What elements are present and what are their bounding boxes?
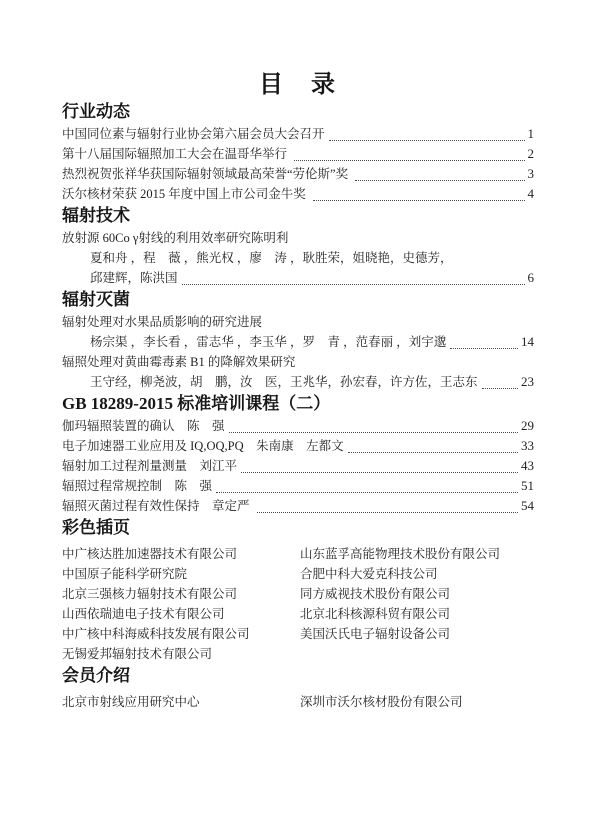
toc-entry: 沃尔核材荣获 2015 年度中国上市公司金牛奖 4 xyxy=(62,184,534,204)
toc-entry: 中国同位素与辐射行业协会第六届会员大会召开 1 xyxy=(62,124,534,144)
member-name: 深圳市沃尔核材股份有限公司 xyxy=(300,692,534,712)
company-name: 中广核中科海威科技发展有限公司 xyxy=(62,624,300,644)
entry-page-number: 3 xyxy=(528,164,535,184)
company-name: 北京北科核源科贸有限公司 xyxy=(300,604,534,624)
entry-title: 伽玛辐照装置的确认 陈 强 xyxy=(62,416,225,436)
page-title: 目 录 xyxy=(62,70,534,100)
toc-entry: 辐照灭菌过程有效性保持 章定严 54 xyxy=(62,496,534,516)
toc-entry: 王守经，柳尧波，胡 鹏，汝 医，王兆华，孙宏春，许方佐，王志东 23 xyxy=(62,372,534,392)
dot-leader xyxy=(182,268,525,285)
sterilization-entries: 辐射处理对水果品质影响的研究进展 杨宗渠 ，李长看 ，雷志华 ，李玉华 ，罗 青… xyxy=(62,312,534,392)
section-radiation-technology: 辐射技术 放射源 60Co γ射线的利用效率研究陈明利 夏和舟 ，程 薇 ，熊光… xyxy=(62,204,534,288)
entry-title: 热烈祝贺张祥华获国际辐射领域最高荣誉“劳伦斯”奖 xyxy=(62,164,351,184)
dot-leader xyxy=(355,164,524,181)
company-name: 无锡爱邦辐射技术有限公司 xyxy=(62,644,300,664)
author-line: 杨宗渠 ，李长看 ，雷志华 ，李玉华 ，罗 青 ，范春丽 ，刘宇邈 xyxy=(62,332,446,352)
entry-title: 辐照过程常规控制 陈 强 xyxy=(62,476,212,496)
author-line: 邱建辉，陈洪国 xyxy=(62,268,178,288)
entry-title: 辐射加工过程剂量测量 刘江平 xyxy=(62,456,237,476)
technology-entries: 放射源 60Co γ射线的利用效率研究陈明利 夏和舟 ，程 薇 ，熊光权 ，廖 … xyxy=(62,228,534,288)
company-name: 山西依瑞迪电子技术有限公司 xyxy=(62,604,300,624)
author-line: 夏和舟 ，程 薇 ，熊光权 ，廖 涛 ，耿胜荣，姐晓艳，史德芳， xyxy=(62,248,534,268)
entry-page-number: 54 xyxy=(521,496,534,516)
entry-page-number: 23 xyxy=(521,372,534,392)
company-name: 中广核达胜加速器技术有限公司 xyxy=(62,544,300,564)
company-name: 山东蓝孚高能物理技术股份有限公司 xyxy=(300,544,534,564)
toc-page: 目 录 行业动态 中国同位素与辐射行业协会第六届会员大会召开 1 第十八届国际辐… xyxy=(0,0,600,829)
color-inserts-left-column: 中广核达胜加速器技术有限公司 中国原子能科学研究院 北京三强核力辐射技术有限公司… xyxy=(62,544,300,664)
dot-leader xyxy=(257,496,518,513)
toc-entry: 热烈祝贺张祥华获国际辐射领域最高荣誉“劳伦斯”奖 3 xyxy=(62,164,534,184)
entry-page-number: 51 xyxy=(521,476,534,496)
entry-page-number: 43 xyxy=(521,456,534,476)
dot-leader xyxy=(482,372,518,389)
entry-title: 辐照灭菌过程有效性保持 章定严 xyxy=(62,496,253,516)
entry-page-number: 2 xyxy=(528,144,535,164)
section-heading-training: GB 18289-2015 标准培训课程（二） xyxy=(62,392,534,416)
section-heading-members: 会员介绍 xyxy=(62,664,534,688)
dot-leader xyxy=(241,456,518,473)
toc-entry: 第十八届国际辐照加工大会在温哥华举行 2 xyxy=(62,144,534,164)
section-radiation-sterilization: 辐射灭菌 辐射处理对水果品质影响的研究进展 杨宗渠 ，李长看 ，雷志华 ，李玉华… xyxy=(62,288,534,392)
training-entries: 伽玛辐照装置的确认 陈 强 29 电子加速器工业应用及 IQ,OQ,PQ 朱南康… xyxy=(62,416,534,516)
article-title: 放射源 60Co γ射线的利用效率研究陈明利 xyxy=(62,228,534,248)
member-name: 北京市射线应用研究中心 xyxy=(62,692,300,712)
dot-leader xyxy=(329,124,525,141)
entry-page-number: 1 xyxy=(528,124,535,144)
company-name: 合肥中科大爱克科技公司 xyxy=(300,564,534,584)
section-industry-news: 行业动态 中国同位素与辐射行业协会第六届会员大会召开 1 第十八届国际辐照加工大… xyxy=(62,100,534,204)
dot-leader xyxy=(229,416,518,433)
article-title: 辐射处理对水果品质影响的研究进展 xyxy=(62,312,534,332)
color-inserts-columns: 中广核达胜加速器技术有限公司 中国原子能科学研究院 北京三强核力辐射技术有限公司… xyxy=(62,544,534,664)
section-heading-technology: 辐射技术 xyxy=(62,204,534,228)
section-heading-sterilization: 辐射灭菌 xyxy=(62,288,534,312)
section-member-introduction: 会员介绍 北京市射线应用研究中心 深圳市沃尔核材股份有限公司 xyxy=(62,664,534,712)
toc-entry: 辐射加工过程剂量测量 刘江平 43 xyxy=(62,456,534,476)
entry-title: 电子加速器工业应用及 IQ,OQ,PQ 朱南康 左都文 xyxy=(62,436,344,456)
entry-page-number: 6 xyxy=(528,268,535,288)
section-heading-color-inserts: 彩色插页 xyxy=(62,516,534,540)
entry-page-number: 29 xyxy=(521,416,534,436)
toc-entry: 邱建辉，陈洪国 6 xyxy=(62,268,534,288)
industry-entries: 中国同位素与辐射行业协会第六届会员大会召开 1 第十八届国际辐照加工大会在温哥华… xyxy=(62,124,534,204)
company-name: 北京三强核力辐射技术有限公司 xyxy=(62,584,300,604)
section-color-inserts: 彩色插页 中广核达胜加速器技术有限公司 中国原子能科学研究院 北京三强核力辐射技… xyxy=(62,516,534,664)
toc-entry: 杨宗渠 ，李长看 ，雷志华 ，李玉华 ，罗 青 ，范春丽 ，刘宇邈 14 xyxy=(62,332,534,352)
article-title: 辐照处理对黄曲霉毒素 B1 的降解效果研究 xyxy=(62,352,534,372)
members-left-column: 北京市射线应用研究中心 xyxy=(62,692,300,712)
entry-title: 沃尔核材荣获 2015 年度中国上市公司金牛奖 xyxy=(62,184,309,204)
section-heading-industry: 行业动态 xyxy=(62,100,534,124)
members-right-column: 深圳市沃尔核材股份有限公司 xyxy=(300,692,534,712)
toc-entry: 辐照过程常规控制 陈 强 51 xyxy=(62,476,534,496)
entry-title: 第十八届国际辐照加工大会在温哥华举行 xyxy=(62,144,290,164)
company-name: 同方威视技术股份有限公司 xyxy=(300,584,534,604)
company-name: 中国原子能科学研究院 xyxy=(62,564,300,584)
dot-leader xyxy=(348,436,518,453)
entry-page-number: 14 xyxy=(521,332,534,352)
toc-entry: 电子加速器工业应用及 IQ,OQ,PQ 朱南康 左都文 33 xyxy=(62,436,534,456)
color-inserts-right-column: 山东蓝孚高能物理技术股份有限公司 合肥中科大爱克科技公司 同方威视技术股份有限公… xyxy=(300,544,534,664)
author-line: 王守经，柳尧波，胡 鹏，汝 医，王兆华，孙宏春，许方佐，王志东 xyxy=(62,372,478,392)
dot-leader xyxy=(450,332,518,349)
company-name: 美国沃氏电子辐射设备公司 xyxy=(300,624,534,644)
entry-title: 中国同位素与辐射行业协会第六届会员大会召开 xyxy=(62,124,325,144)
members-columns: 北京市射线应用研究中心 深圳市沃尔核材股份有限公司 xyxy=(62,692,534,712)
entry-page-number: 33 xyxy=(521,436,534,456)
dot-leader xyxy=(216,476,518,493)
dot-leader xyxy=(313,184,525,201)
toc-entry: 伽玛辐照装置的确认 陈 强 29 xyxy=(62,416,534,436)
section-training-course: GB 18289-2015 标准培训课程（二） 伽玛辐照装置的确认 陈 强 29… xyxy=(62,392,534,516)
dot-leader xyxy=(294,144,524,161)
entry-page-number: 4 xyxy=(528,184,535,204)
